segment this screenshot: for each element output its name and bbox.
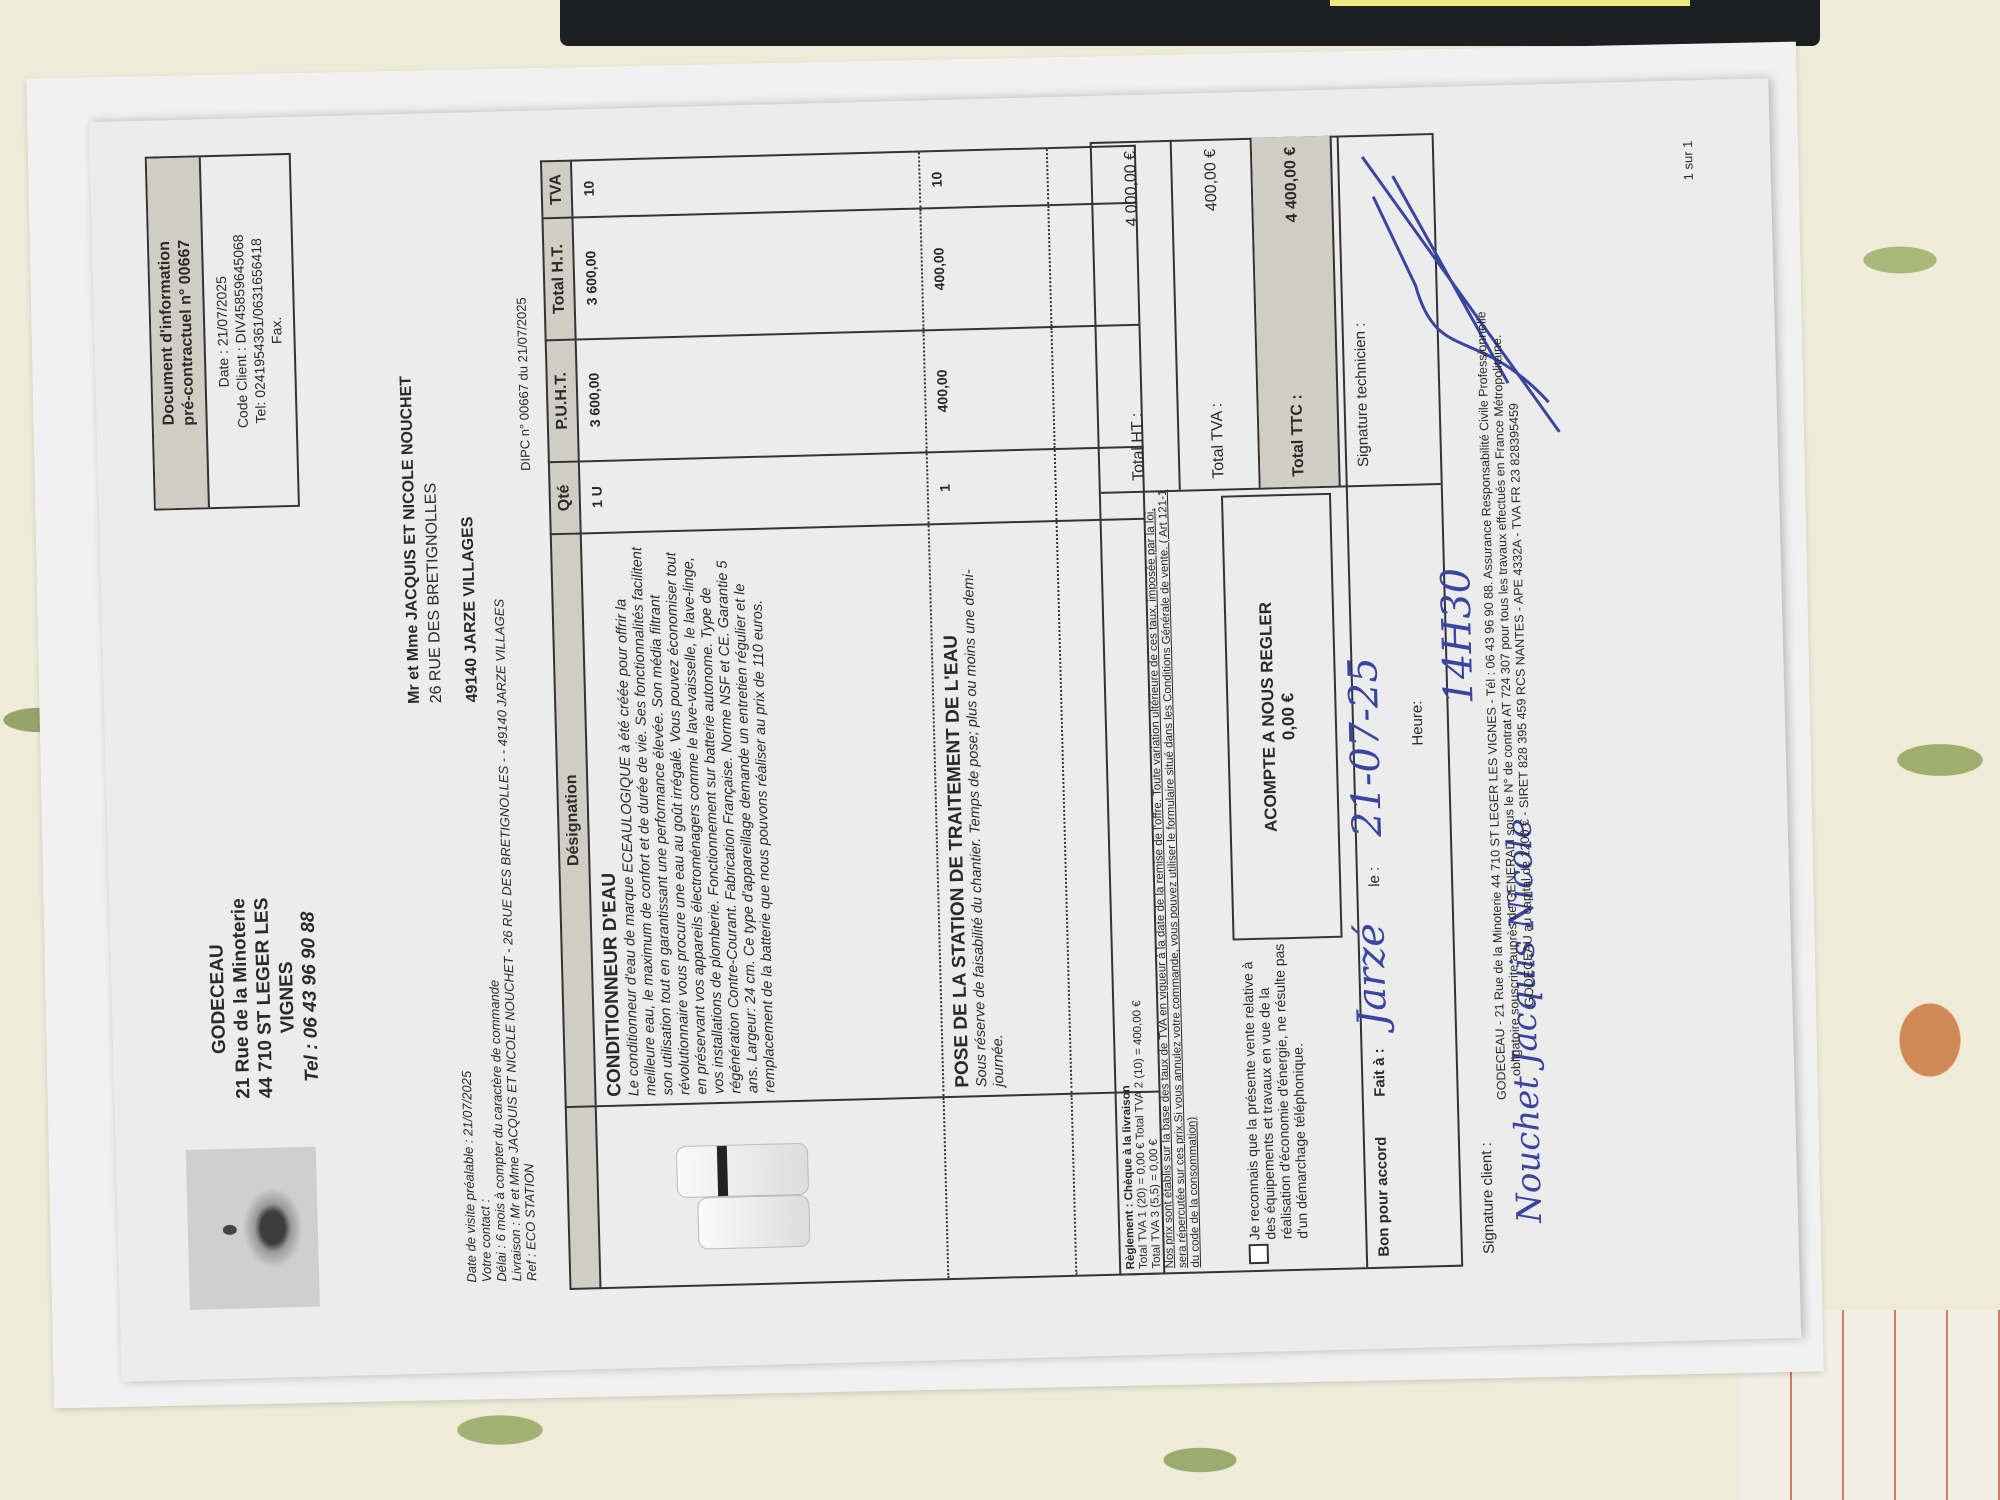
total-ttc-row: Total TTC : 4 400,00 € [1252,136,1341,488]
col-total: Total H.T. [542,218,575,341]
acknowledge-text: Je reconnais que la présente vente relat… [1239,943,1310,1240]
product-image [665,1127,818,1261]
total-ttc-label: Total TTC : [1288,394,1308,477]
document-info-box: Document d'information pré-contractuel n… [145,153,300,511]
page-number: 1 sur 1 [1680,140,1696,180]
technician-signature [1352,141,1580,447]
items-table: Désignation Qté P.U.H.T. Total H.T. TVA … [540,145,1165,1290]
client-signature-label: Signature client : [1478,1142,1498,1254]
bon-pour-accord: Bon pour accord [1373,1136,1393,1256]
summary-section: Règlement : Chèque à la livraison Total … [1090,133,1464,1276]
total-ht-row: Total HT : 4 000,00 € [1092,140,1181,492]
water-drop-icon [223,1225,237,1235]
item-total: 3 600,00 [572,208,923,339]
total-tva-value: 400,00 € [1202,149,1222,212]
total-ttc-value: 4 400,00 € [1282,147,1302,223]
yellow-object [1330,0,1690,6]
visit-info: Date de visite préalable : 21/07/2025 Vo… [446,598,539,1282]
company-city: 44 710 ST LEGER LES VIGNES [249,867,302,1128]
col-image [566,1106,601,1289]
company-address: GODECEAU 21 Rue de la Minoterie 44 710 S… [203,866,325,1129]
total-ht-value: 4 000,00 € [1122,151,1142,227]
fait-a-handwritten: Jarzé [1347,923,1396,1028]
item-unit-price: 3 600,00 [576,330,927,461]
col-tva: TVA [541,161,572,219]
dark-object [560,0,1820,46]
acknowledgement: Je reconnais que la présente vente relat… [1232,933,1317,1271]
table-row: CONDITIONNEUR D'EAU Le conditionneur d'e… [571,151,948,1288]
time-label: Heure: [1408,700,1426,745]
deposit-box: ACOMPTE A NOUS REGLER 0,00 € [1221,493,1343,941]
date-label: le : [1366,867,1384,887]
date-handwritten: 21-07-25 [1340,657,1391,838]
item-qty: 1 [927,449,1057,524]
item-unit-price: 400,00 [924,327,1055,452]
fait-a-label: Fait à : [1370,1048,1388,1097]
col-qty: Qté [549,461,581,534]
dipc-reference: DIPC n° 00667 du 21/07/2025 [514,297,534,471]
item-description: Le conditionneur d'eau de marque ECEAULO… [612,538,779,1097]
company-logo [186,1147,320,1310]
acknowledge-checkbox[interactable] [1249,1244,1270,1265]
item-qty: 1 U [579,452,929,533]
total-tva-label: Total TVA : [1209,403,1229,479]
total-ht-label: Total HT : [1129,412,1149,481]
item-total: 400,00 [920,205,1051,330]
item-tva: 10 [919,148,1048,208]
time-handwritten: 14H30 [1433,567,1483,705]
total-tva-row: Total TVA : 400,00 € [1172,138,1261,490]
col-unit-price: P.U.H.T. [546,340,579,463]
document-page: GODECEAU 21 Rue de la Minoterie 44 710 S… [89,78,1801,1382]
payment-terms: Règlement : Chèque à la livraison Total … [1101,484,1208,1274]
item-tva: 10 [571,151,920,217]
document-photo: GODECEAU 21 Rue de la Minoterie 44 710 S… [80,60,1810,1400]
